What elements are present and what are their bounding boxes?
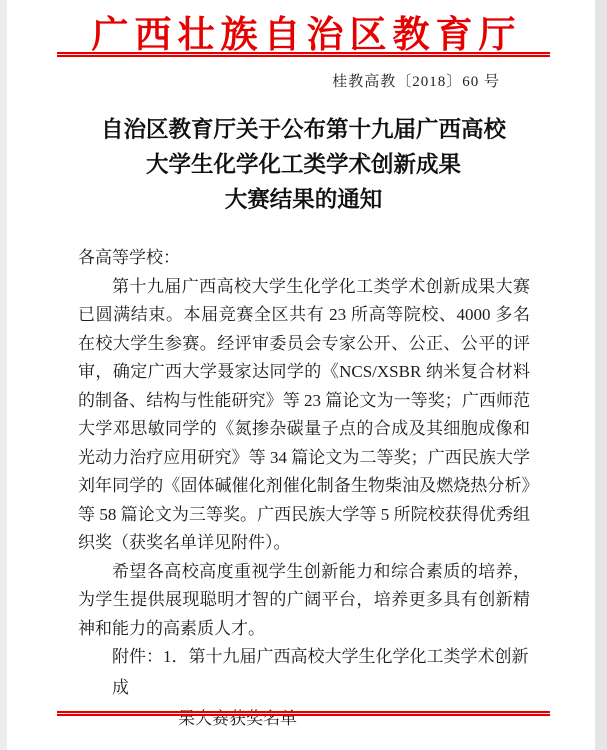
attachment-line-2: 果大赛获奖名单 — [178, 703, 532, 734]
footer-red-rule — [57, 711, 550, 716]
official-document-page: { "document": { "agency": "广西壮族自治区教育厅", … — [0, 0, 607, 750]
notice-title: 自治区教育厅关于公布第十九届广西高校 大学生化学化工类学术创新成果 大赛结果的通… — [0, 112, 607, 217]
notice-title-line-1: 自治区教育厅关于公布第十九届广西高校 — [0, 112, 607, 147]
body-paragraph-2: 希望各高校高度重视学生创新能力和综合素质的培养，为学生提供展现聪明才智的广阔平台… — [78, 558, 530, 644]
document-number: 桂教高教〔2018〕60 号 — [0, 70, 500, 91]
notice-title-line-2: 大学生化学化工类学术创新成果 — [0, 147, 607, 182]
salutation: 各高等学校： — [78, 244, 530, 273]
agency-header-title: 广西壮族自治区教育厅 — [0, 4, 607, 58]
attachment-line-1: 附件：1．第十九届广西高校大学生化学化工类学术创新成 — [112, 641, 532, 703]
attachment-section: 附件：1．第十九届广西高校大学生化学化工类学术创新成 果大赛获奖名单 — [112, 641, 532, 734]
notice-body: 各高等学校： 第十九届广西高校大学生化学化工类学术创新成果大赛已圆满结束。本届竞… — [78, 244, 530, 643]
notice-title-line-3: 大赛结果的通知 — [0, 182, 607, 217]
header-red-rule — [57, 52, 550, 57]
body-paragraph-1: 第十九届广西高校大学生化学化工类学术创新成果大赛已圆满结束。本届竞赛全区共有 2… — [78, 273, 530, 558]
